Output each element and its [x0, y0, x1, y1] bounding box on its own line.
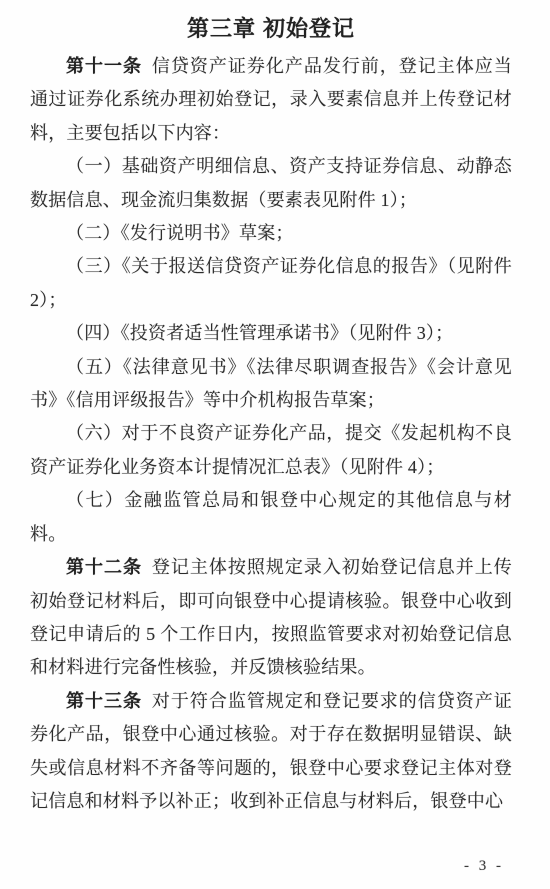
paragraph: 第十二条登记主体按照规定录入初始登记信息并上传初始登记材料后，即可向银登中心提请… [30, 551, 512, 685]
paragraph-text: （四）《投资者适当性管理承诺书》（见附件 3）； [66, 323, 453, 343]
document-page: 第三章 初始登记 第十一条信贷资产证券化产品发行前，登记主体应当通过证券化系统办… [0, 0, 550, 889]
paragraph: 第十一条信贷资产证券化产品发行前，登记主体应当通过证券化系统办理初始登记，录入要… [30, 50, 512, 150]
article-label: 第十三条 [66, 691, 142, 711]
article-label: 第十一条 [66, 56, 142, 76]
paragraph: （一）基础资产明细信息、资产支持证券信息、动静态数据信息、现金流归集数据（要素表… [30, 150, 512, 217]
paragraph: 第十三条对于符合监管规定和登记要求的信贷资产证券化产品，银登中心通过核验。对于存… [30, 685, 512, 819]
document-body: 第十一条信贷资产证券化产品发行前，登记主体应当通过证券化系统办理初始登记，录入要… [30, 50, 512, 818]
paragraph-text: （三）《关于报送信贷资产证券化信息的报告》（见附件 2）； [30, 256, 512, 309]
paragraph: （三）《关于报送信贷资产证券化信息的报告》（见附件 2）； [30, 250, 512, 317]
paragraph: （二）《发行说明书》草案； [30, 217, 512, 250]
paragraph-text: （一）基础资产明细信息、资产支持证券信息、动静态数据信息、现金流归集数据（要素表… [30, 156, 512, 209]
paragraph: （五）《法律意见书》《法律尽职调查报告》《会计意见书》《信用评级报告》等中介机构… [30, 351, 512, 418]
page-number: - 3 - [464, 858, 504, 875]
paragraph: （七）金融监管总局和银登中心规定的其他信息与材料。 [30, 484, 512, 551]
paragraph-text: （五）《法律意见书》《法律尽职调查报告》《会计意见书》《信用评级报告》等中介机构… [30, 357, 512, 410]
paragraph-text: （六）对于不良资产证券化产品，提交《发起机构不良资产证券化业务资本计提情况汇总表… [30, 423, 512, 476]
paragraph: （六）对于不良资产证券化产品，提交《发起机构不良资产证券化业务资本计提情况汇总表… [30, 417, 512, 484]
chapter-title: 第三章 初始登记 [30, 13, 512, 45]
paragraph: （四）《投资者适当性管理承诺书》（见附件 3）； [30, 317, 512, 350]
article-label: 第十二条 [66, 557, 142, 577]
paragraph-text: （七）金融监管总局和银登中心规定的其他信息与材料。 [30, 490, 512, 543]
paragraph-text: （二）《发行说明书》草案； [66, 223, 294, 243]
